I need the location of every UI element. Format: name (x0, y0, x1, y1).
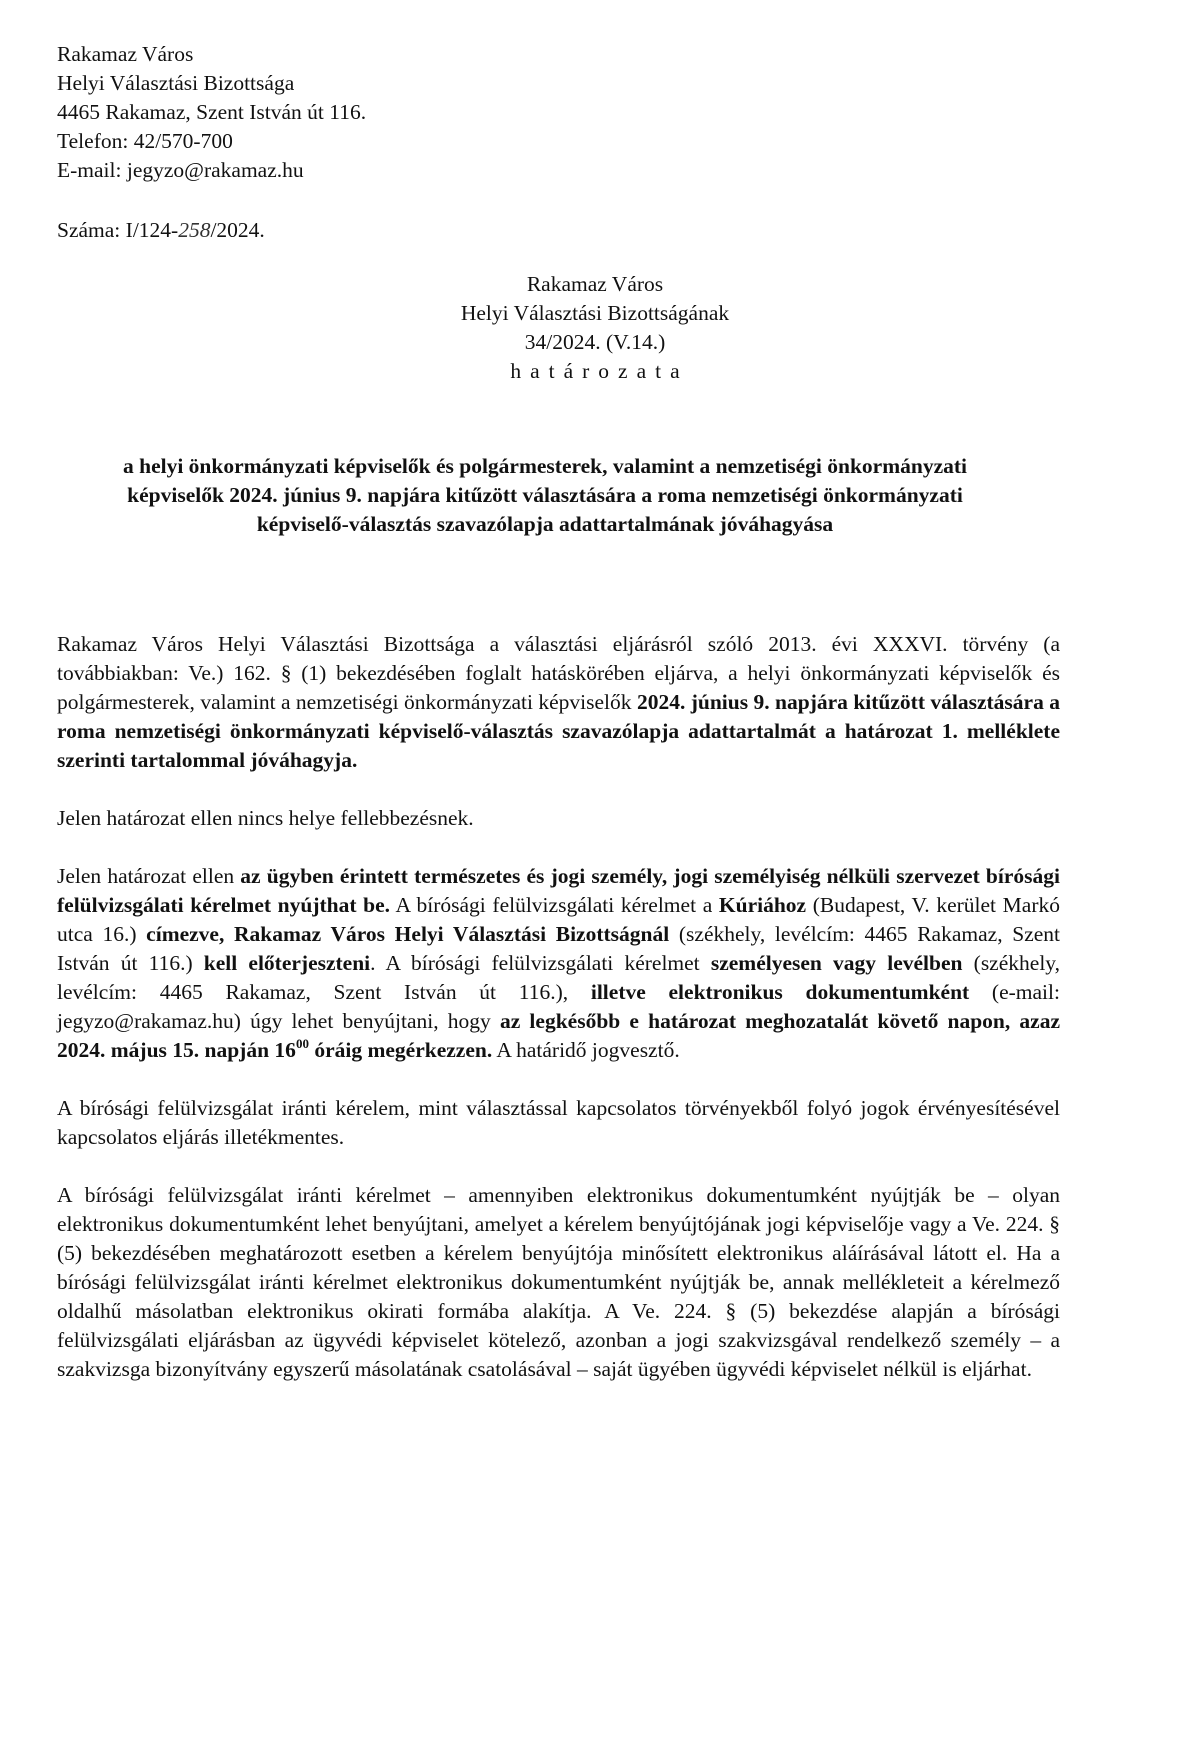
body-paragraph: Jelen határozat ellen nincs helye felleb… (57, 804, 1060, 833)
heading-line-resolution: határozata (0, 357, 1190, 386)
emphasized-text: címezve, Rakamaz Város Helyi Választási … (146, 922, 669, 946)
heading-line-city: Rakamaz Város (0, 270, 1190, 299)
body-paragraph: A bírósági felülvizsgálat iránti kérelem… (57, 1094, 1060, 1152)
reference-handwritten-number: 258 (178, 218, 210, 242)
emphasized-text: Kúriához (719, 893, 806, 917)
heading-line-number: 34/2024. (V.14.) (0, 328, 1190, 357)
emphasized-text: illetve elektronikus dokumentumként (591, 980, 969, 1004)
resolution-title: a helyi önkormányzati képviselők és polg… (105, 452, 985, 539)
paragraph-text: A bírósági felülvizsgálati kérelmet a (390, 893, 719, 917)
sender-phone: Telefon: 42/570-700 (57, 127, 366, 156)
paragraph-text: Jelen határozat ellen (57, 864, 240, 888)
reference-suffix: /2024. (210, 218, 264, 242)
resolution-heading: Rakamaz Város Helyi Választási Bizottság… (0, 270, 1190, 386)
heading-line-committee: Helyi Választási Bizottságának (0, 299, 1190, 328)
emphasized-text: személyesen vagy levélben (711, 951, 963, 975)
body-paragraph: Jelen határozat ellen az ügyben érintett… (57, 862, 1060, 1065)
sender-address-block: Rakamaz Város Helyi Választási Bizottság… (57, 40, 366, 185)
paragraph-text: A bírósági felülvizsgálat iránti kérelme… (57, 1183, 1060, 1381)
paragraph-text: . A bírósági felülvizsgálati kérelmet (370, 951, 711, 975)
resolution-body: Rakamaz Város Helyi Választási Bizottság… (57, 630, 1060, 1413)
emphasized-text: óráig megérkezzen. (309, 1038, 492, 1062)
body-paragraph: A bírósági felülvizsgálat iránti kérelme… (57, 1181, 1060, 1384)
reference-number: Száma: I/124-258/2024. (57, 216, 265, 245)
emphasized-text: kell előterjeszteni (204, 951, 370, 975)
paragraph-text: A bírósági felülvizsgálat iránti kérelem… (57, 1096, 1060, 1149)
emphasized-text: 00 (296, 1036, 309, 1051)
paragraph-text: A határidő jogvesztő. (492, 1038, 680, 1062)
sender-line: 4465 Rakamaz, Szent István út 116. (57, 98, 366, 127)
body-paragraph: Rakamaz Város Helyi Választási Bizottság… (57, 630, 1060, 775)
paragraph-text: Jelen határozat ellen nincs helye felleb… (57, 806, 474, 830)
sender-line: Rakamaz Város (57, 40, 366, 69)
document-page: Rakamaz Város Helyi Választási Bizottság… (0, 0, 1190, 1747)
sender-email: E-mail: jegyzo@rakamaz.hu (57, 156, 366, 185)
sender-line: Helyi Választási Bizottsága (57, 69, 366, 98)
reference-label: Száma: I/124- (57, 218, 178, 242)
